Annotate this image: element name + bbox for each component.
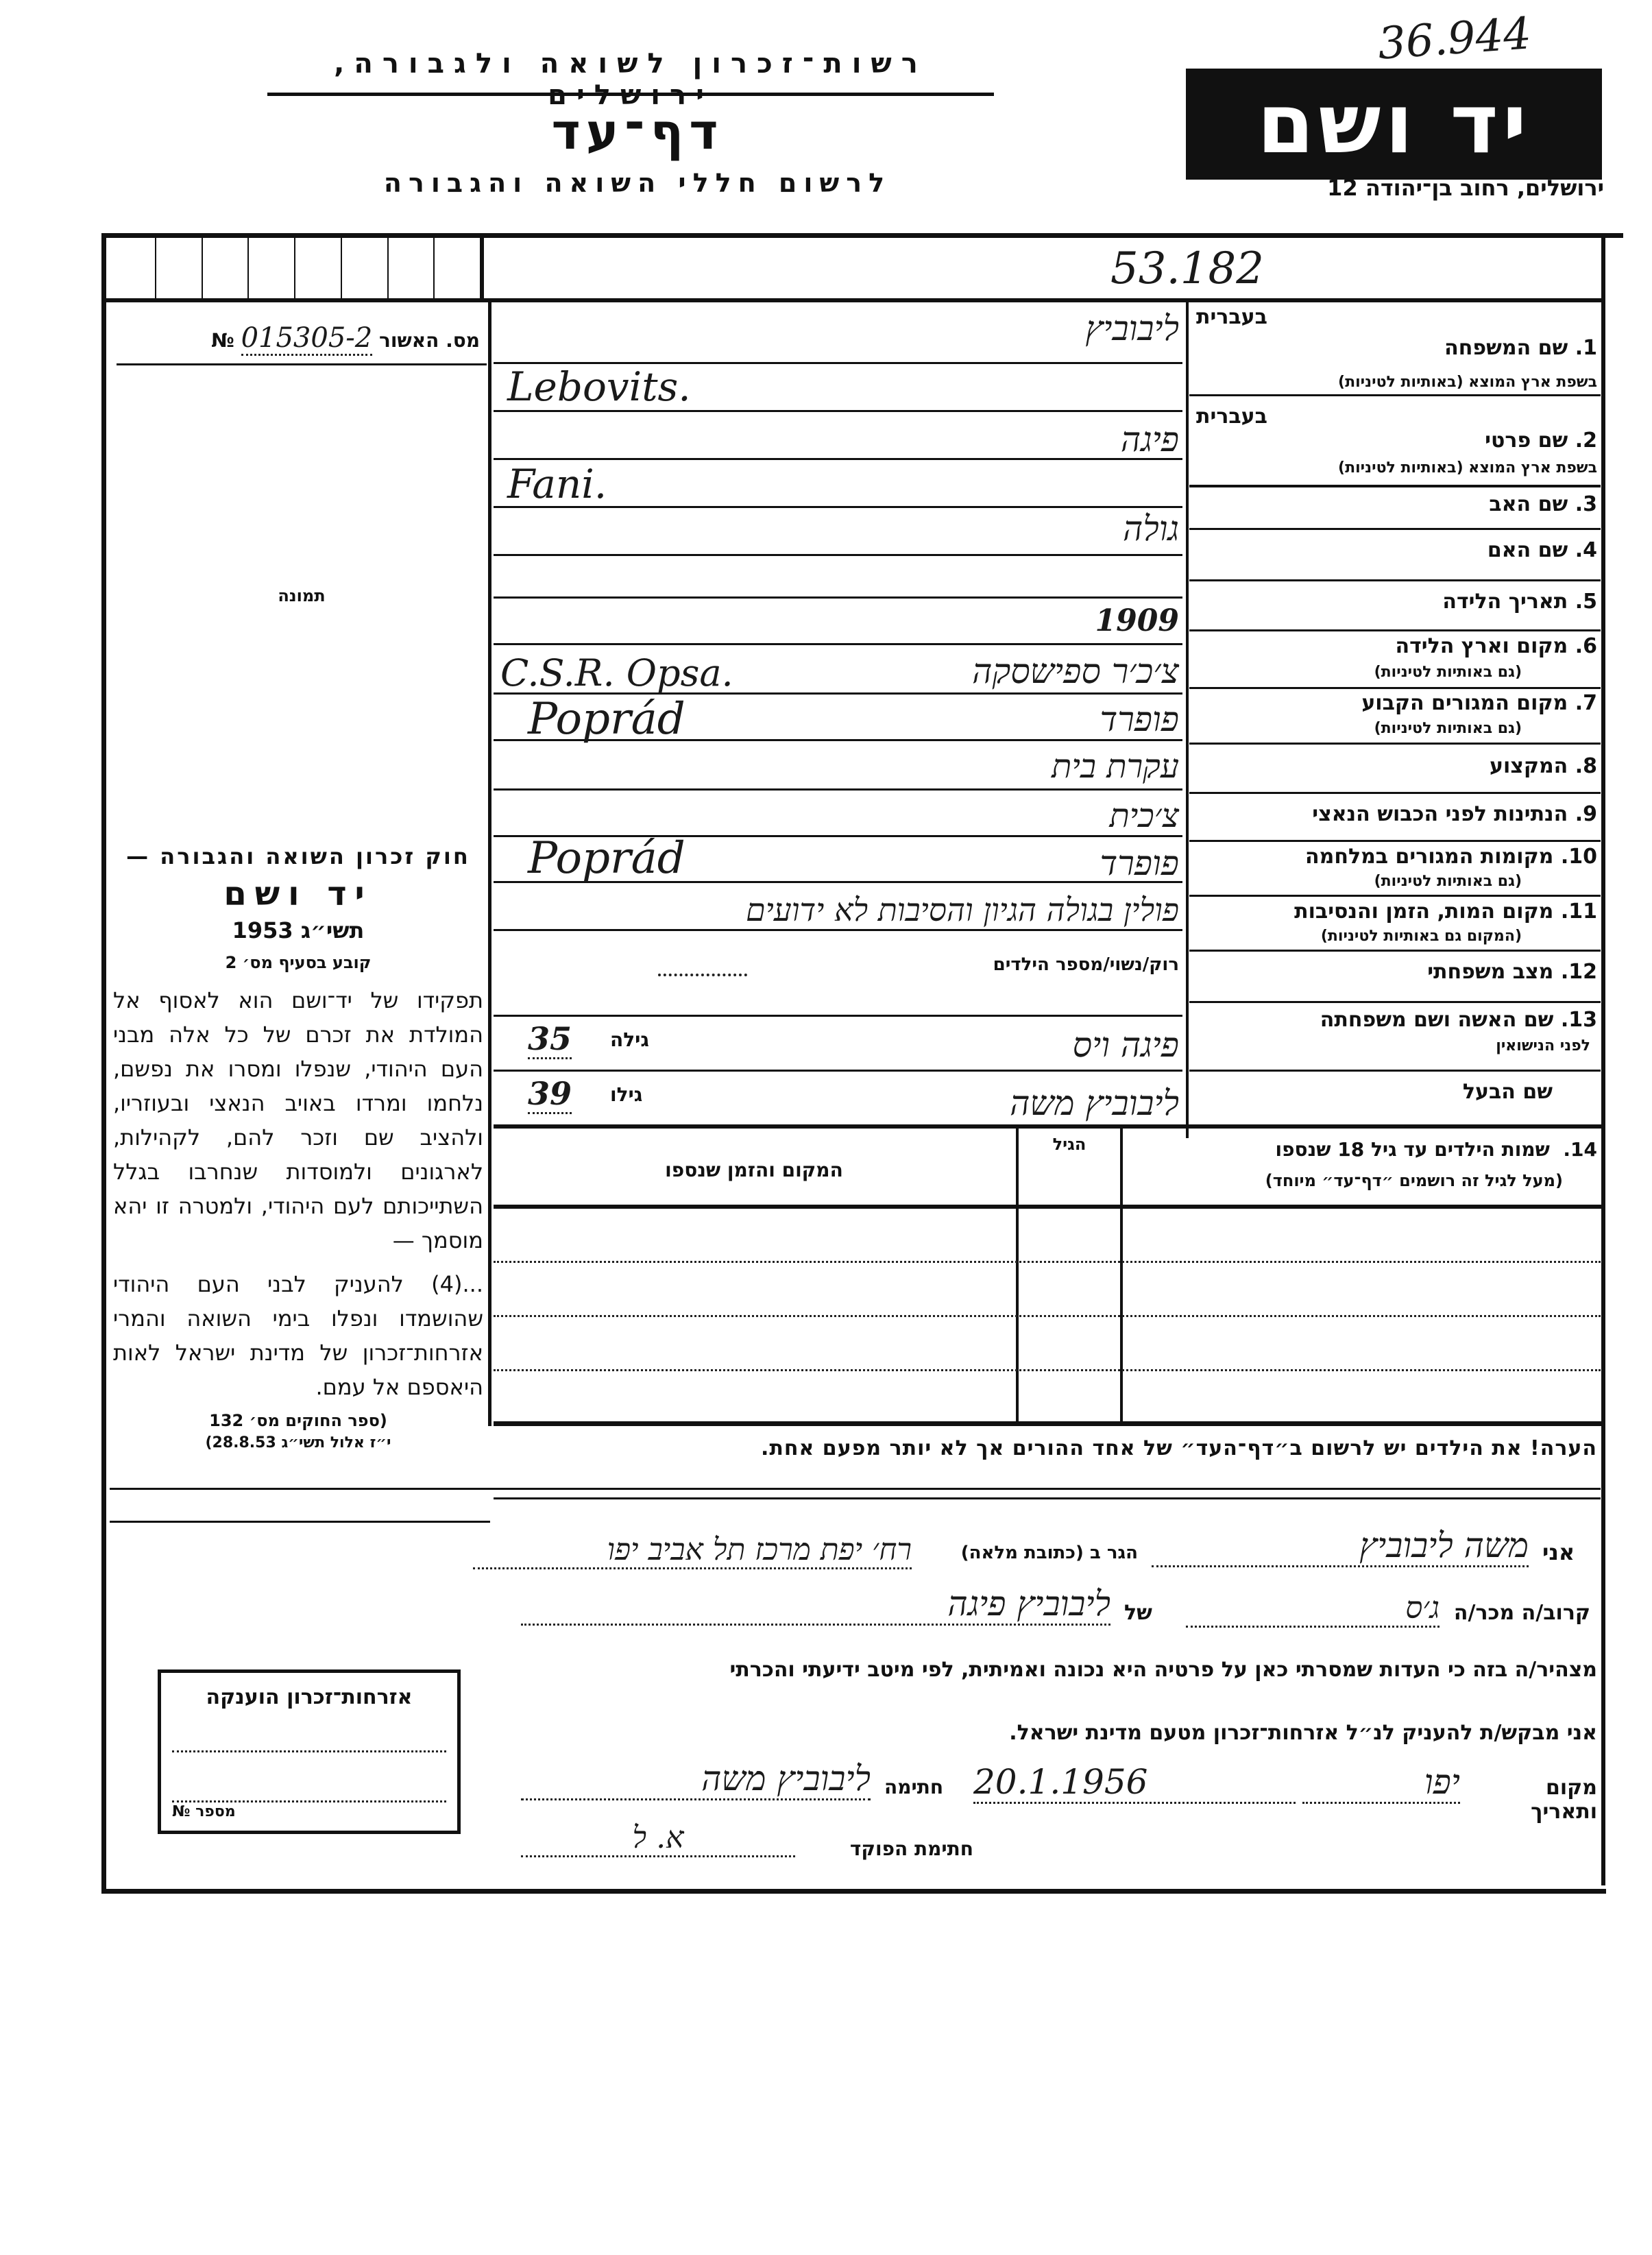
declaration-i-label: אני: [1542, 1539, 1575, 1565]
row-divider: [1189, 394, 1601, 396]
children-row[interactable]: [494, 1371, 1601, 1419]
citizenship-number-row: מספר №: [172, 1803, 236, 1820]
birthplace-latin-value[interactable]: C.S.R. Opsa.: [500, 651, 733, 695]
form-subtitle: לרשום חללי השואה והגבורה: [343, 168, 932, 198]
digit-box[interactable]: [342, 237, 389, 298]
field-num: 1.: [1575, 336, 1597, 360]
declarant-signature[interactable]: ליבוביץ משה: [521, 1759, 871, 1800]
law-citation-2: י״ז אלול תשי״ג 28.8.53): [113, 1434, 483, 1451]
children-row[interactable]: [494, 1209, 1601, 1263]
value-line: [494, 410, 1182, 412]
field-num: 5.: [1575, 590, 1597, 614]
section-14-bottom: [494, 1421, 1604, 1426]
value-line: [494, 1070, 1182, 1072]
field-label: מקומות המגורים במלחמה: [1305, 845, 1553, 869]
digit-box[interactable]: [389, 237, 435, 298]
digit-box[interactable]: [156, 237, 203, 298]
field-num: 3.: [1575, 492, 1597, 516]
field-num: 9.: [1575, 802, 1597, 826]
field-11-label: 11. מקום המות, הזמן והנסיבות: [1196, 900, 1597, 924]
death-place-value[interactable]: פולין בגולה הגיון והסיבות לא ידועים: [507, 891, 1179, 928]
husband-name-value[interactable]: ליבוביץ משה: [857, 1083, 1179, 1123]
header-divider: [267, 93, 994, 96]
approval-divider: [117, 363, 487, 365]
row-divider: [1189, 1070, 1601, 1072]
frame-right: [1601, 233, 1605, 1885]
yad-vashem-logo: יד ושם: [1186, 69, 1602, 180]
officer-signature-label: חתימת הפוקד: [809, 1837, 973, 1860]
field-label: שם האם: [1487, 538, 1568, 562]
field-5-label: 5. תאריך הלידה: [1196, 590, 1597, 614]
field-10-hint: (גם באותיות לטיניות): [1193, 873, 1522, 890]
field-6-label: 6. מקום וארץ הלידה: [1196, 634, 1597, 658]
residence-hebrew-value[interactable]: פופרד: [891, 699, 1179, 739]
law-name: יד ושם: [113, 875, 483, 913]
children-title: 14. שמות הילדים עד גיל 18 שנספו: [1124, 1138, 1597, 1161]
citizenship-box-title: אזרחות־זכרון הוענקה: [161, 1685, 457, 1709]
field-9-label: 9. הנתינות לפני הכבוש הנאצי: [1196, 802, 1597, 826]
frame-bottom: [101, 1889, 1606, 1894]
number-sign: №: [211, 329, 234, 352]
field-num: 2.: [1575, 429, 1597, 453]
field-1-label: 1. שם המשפחה: [1196, 336, 1597, 360]
number-sign: №: [172, 1803, 190, 1820]
form-title: דף־עד: [480, 103, 795, 160]
row-divider: [1189, 1001, 1601, 1003]
left-column-divider: [488, 302, 491, 1426]
field-label: שם האשה ושם משפחתה: [1320, 1008, 1554, 1032]
note-divider-1: [110, 1488, 1601, 1490]
row-divider: [1189, 743, 1601, 745]
nationality-value[interactable]: צ׳כית: [891, 797, 1179, 835]
digit-box[interactable]: [110, 237, 156, 298]
field-11-hint: (המקום גם באותיות לטיניות): [1193, 928, 1522, 945]
field-label: שמות הילדים עד גיל 18 שנספו: [1276, 1138, 1550, 1161]
field-num: 4.: [1575, 538, 1597, 562]
photo-placeholder-label[interactable]: תמונה: [117, 586, 487, 605]
value-line: [494, 643, 1182, 645]
field-1-latin-hint: בשפת ארץ המוצא (באותיות לטיניות): [1193, 374, 1597, 391]
label-column-divider: [1186, 302, 1189, 1138]
row-divider: [1189, 840, 1601, 842]
field-2-label: 2. שם פרטי: [1196, 429, 1597, 453]
digit-box[interactable]: [249, 237, 295, 298]
field-10-label: 10. מקומות המגורים במלחמה: [1196, 845, 1597, 869]
top-row-divider: [106, 298, 1604, 302]
declarant-name[interactable]: משה ליבוביץ: [1152, 1526, 1529, 1567]
frame-left: [101, 233, 106, 1892]
citizenship-box: אזרחות־זכרון הוענקה מספר №: [158, 1669, 461, 1834]
field-label: מצב משפחתי: [1427, 960, 1553, 984]
officer-signature[interactable]: א. ל: [521, 1820, 795, 1857]
field-label: תאריך הלידה: [1442, 590, 1568, 614]
children-col-age: הגיל: [1019, 1135, 1120, 1154]
father-name-value[interactable]: גולה: [823, 509, 1179, 548]
husband-name-label: שם הבעל: [1196, 1080, 1553, 1104]
row-divider: [1189, 895, 1601, 897]
children-note: הערה! את הילדים יש לרשום ב״דף־העד״ של אח…: [528, 1436, 1597, 1460]
field-num: 7.: [1575, 691, 1597, 715]
law-year: תשי״ג 1953: [113, 917, 483, 943]
row-divider: [1189, 950, 1601, 952]
law-excerpt: חוק זכרון השואה והגבורה — יד ושם תשי״ג 1…: [113, 843, 483, 1451]
approval-number-row: מס. האשור 015305-2 №: [117, 322, 480, 356]
section-14-top: [494, 1124, 1604, 1129]
field-num: 14.: [1563, 1138, 1597, 1161]
field-label: מקום וארץ הלידה: [1396, 634, 1568, 658]
handwritten-file-number[interactable]: 53.182: [1110, 243, 1264, 294]
value-line: [494, 554, 1182, 556]
place-value[interactable]: יפו: [1302, 1762, 1460, 1804]
row-divider: [1189, 485, 1601, 487]
handwritten-ref-top: 36.944: [1376, 8, 1533, 69]
marital-status-hint: רוק/נשוי/מספר הילדים: [754, 954, 1179, 975]
wartime-residence-value[interactable]: פופרד: [891, 843, 1179, 883]
field-num: 12.: [1561, 960, 1597, 984]
wartime-residence-latin-value[interactable]: Poprád: [528, 833, 685, 884]
row-divider: [1189, 792, 1601, 794]
row-divider: [1189, 687, 1601, 689]
value-line: [494, 596, 1182, 599]
left-col-bottom: [110, 1521, 490, 1523]
residence-latin-value[interactable]: Poprád: [528, 694, 685, 745]
field-num: 11.: [1561, 900, 1597, 924]
marital-status-input[interactable]: [658, 974, 747, 976]
field-label: מקום המות, הזמן והנסיבות: [1294, 900, 1553, 924]
law-section: קובע בסעיף מס׳ 2: [113, 953, 483, 972]
authority-title: רשות־זכרון לשואה ולגבורה, ירושלים: [260, 48, 1001, 111]
field-6-hint: (גם באותיות לטיניות): [1193, 664, 1522, 681]
wife-name-value[interactable]: פיגה ויס: [891, 1025, 1179, 1065]
field-label: הנתינות לפני הכבוש הנאצי: [1312, 802, 1568, 826]
resides-label: הגר ב (כתובת מלאה): [919, 1543, 1138, 1563]
citizenship-field[interactable]: [172, 1737, 446, 1752]
citizenship-request: אני מבקש/ת להעניק לנ״ל אזרחות־זכרון מטעם…: [754, 1721, 1597, 1745]
digit-box[interactable]: [435, 237, 480, 298]
digit-box-sep: [480, 237, 484, 302]
field-2-latin-hint: בשפת ארץ המוצא (באותיות לטיניות): [1193, 459, 1597, 477]
approval-label: מס. האשור: [379, 329, 480, 352]
children-col-place-time: המקום והזמן שנספו: [494, 1159, 1015, 1181]
field-num: 6.: [1575, 634, 1597, 658]
declaration-statement: מצהיר/ה בזה כי העדות שמסרתי כאן על פרטיה…: [473, 1658, 1597, 1682]
birthplace-hebrew-value[interactable]: צ׳כ׳ר ספישסקה: [891, 651, 1179, 691]
signature-label: חתימה: [884, 1776, 943, 1798]
husband-age-value[interactable]: 39: [528, 1075, 572, 1114]
field-1-hebrew-tag: בעברית: [1196, 305, 1361, 329]
value-line: [494, 929, 1182, 931]
row-divider: [1189, 579, 1601, 581]
field-7-label: 7. מקום המגורים הקבוע: [1196, 691, 1597, 715]
digit-box[interactable]: [295, 237, 342, 298]
digit-box[interactable]: [203, 237, 250, 298]
declarant-address[interactable]: רח׳ יפת מרכז תל אביב יפו: [473, 1532, 912, 1569]
digit-boxes: [110, 237, 480, 298]
field-label: שם המשפחה: [1444, 336, 1568, 360]
relative-label: קרוב/ה מכר/ה: [1453, 1601, 1590, 1625]
number-label: מספר: [195, 1803, 236, 1820]
note-divider-2: [494, 1497, 1601, 1499]
field-label: מקום המגורים הקבוע: [1361, 691, 1568, 715]
surname-hebrew-value[interactable]: ליבוביץ: [823, 309, 1179, 348]
children-row[interactable]: [494, 1263, 1601, 1317]
field-8-label: 8. המקצוע: [1196, 754, 1597, 778]
firstname-latin-value[interactable]: Fani.: [507, 461, 607, 507]
value-line: [494, 1015, 1182, 1017]
law-paragraph-2: ...(4) להעניק לבני העם היהודי שהושמדו ונ…: [113, 1267, 483, 1404]
field-7-hint: (גם באותיות לטיניות): [1193, 720, 1522, 737]
firstname-hebrew-value[interactable]: פיגה: [823, 420, 1179, 459]
value-line: [494, 788, 1182, 791]
law-paragraph-1: תפקידו של יד־ושם הוא לאסוף אל המולדת את …: [113, 983, 483, 1257]
address: ירושלים, רחוב בן־יהודה 12: [1165, 175, 1604, 201]
place-date-label: מקום ותאריך: [1474, 1776, 1597, 1824]
surname-latin-value[interactable]: Lebovits.: [507, 363, 691, 410]
field-num: 10.: [1561, 845, 1597, 869]
husband-age-label: גילו: [610, 1083, 642, 1106]
field-label: שם פרטי: [1485, 429, 1568, 453]
field-2-hebrew-tag: בעברית: [1196, 405, 1361, 429]
birth-date-value[interactable]: 1909: [1083, 603, 1179, 638]
law-title: חוק זכרון השואה והגבורה —: [113, 843, 483, 869]
profession-value[interactable]: עקרת בית: [891, 747, 1179, 786]
field-num: 8.: [1575, 754, 1597, 778]
field-13-hint: לפני הנישואין: [1193, 1037, 1590, 1054]
children-row[interactable]: [494, 1317, 1601, 1371]
row-divider: [1189, 629, 1601, 631]
field-12-label: 12. מצב משפחתי: [1196, 960, 1597, 984]
of-name-value[interactable]: ליבוביץ פיגה: [521, 1584, 1110, 1626]
field-label: המקצוע: [1490, 754, 1568, 778]
date-value[interactable]: 20.1.1956: [973, 1762, 1296, 1804]
row-divider: [1189, 528, 1601, 530]
wife-age-label: גילה: [610, 1028, 649, 1051]
citizenship-field[interactable]: [172, 1794, 446, 1802]
children-subtitle: (מעל לגיל זה רושמים ״דף־עד״ מיוחד): [1124, 1171, 1563, 1190]
field-13-label: 13. שם האשה ושם משפחתה: [1196, 1008, 1597, 1032]
field-4-label: 4. שם האם: [1196, 538, 1597, 562]
field-3-label: 3. שם האב: [1196, 492, 1597, 516]
of-label: של: [1124, 1601, 1152, 1625]
law-citation-1: (ספר החוקים מס׳ 132: [113, 1411, 483, 1430]
field-num: 13.: [1561, 1008, 1597, 1032]
relation-value[interactable]: ג׳ס: [1186, 1591, 1440, 1628]
wife-age-value[interactable]: 35: [528, 1020, 572, 1059]
field-label: שם האב: [1489, 492, 1568, 516]
approval-number[interactable]: 015305-2: [241, 322, 373, 356]
